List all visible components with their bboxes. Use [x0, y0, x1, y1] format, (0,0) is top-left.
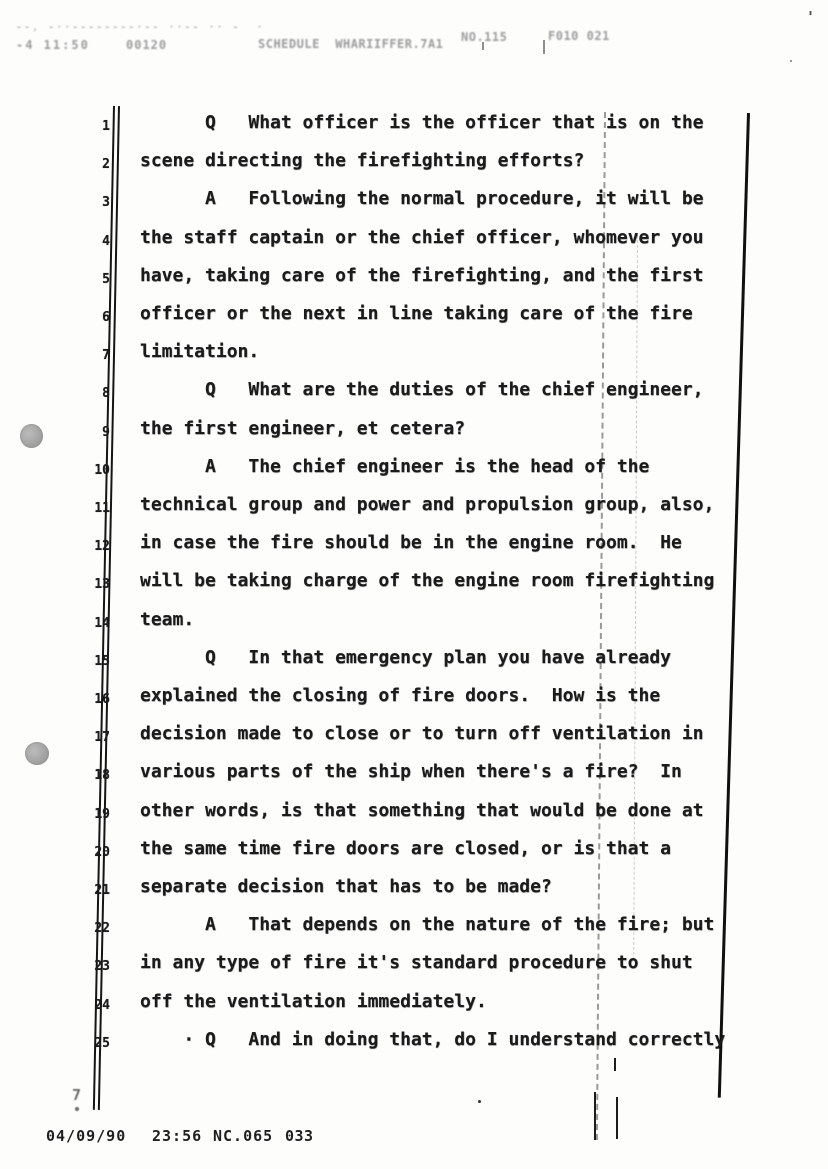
line-text: separate decision that has to be made? [140, 876, 552, 897]
transcript-lines: 1 Q What officer is the officer that is … [0, 0, 828, 1169]
line-text: various parts of the ship when there's a… [140, 761, 682, 782]
transcript-line: 12in case the fire should be in the engi… [0, 532, 828, 556]
transcript-line: 6officer or the next in line taking care… [0, 303, 828, 327]
transcript-line: 4the staff captain or the chief officer,… [0, 227, 828, 251]
transcript-line: 22 A That depends on the nature of the f… [0, 914, 828, 938]
transcript-line: 7limitation. [0, 341, 828, 365]
transcript-line: 23in any type of fire it's standard proc… [0, 952, 828, 976]
scanned-transcript-page: --, -··--------·-- ··-- ·· - · -4 11:50 … [0, 0, 828, 1169]
transcript-line: 13will be taking charge of the engine ro… [0, 570, 828, 594]
line-number: 4 [84, 234, 110, 249]
line-number: 7 [84, 348, 110, 363]
line-text: limitation. [140, 341, 259, 362]
line-number: 5 [84, 272, 110, 287]
line-text: scene directing the firefighting efforts… [140, 150, 584, 171]
transcript-line: 21separate decision that has to be made? [0, 876, 828, 900]
line-number: 6 [84, 310, 110, 325]
line-number: 14 [84, 616, 110, 631]
line-text: the same time fire doors are closed, or … [140, 838, 671, 859]
line-number: 1 [84, 119, 110, 134]
line-number: 20 [84, 845, 110, 860]
transcript-line: 18various parts of the ship when there's… [0, 761, 828, 785]
line-number: 24 [84, 998, 110, 1013]
line-number: 25 [84, 1036, 110, 1051]
line-number: 15 [84, 654, 110, 669]
transcript-line: 24off the ventilation immediately. [0, 991, 828, 1015]
line-text: the first engineer, et cetera? [140, 418, 465, 439]
line-number: 2 [84, 157, 110, 172]
line-text: have, taking care of the firefighting, a… [140, 265, 704, 286]
line-number: 11 [84, 501, 110, 516]
line-number: 8 [84, 386, 110, 401]
line-text: A Following the normal procedure, it wil… [140, 188, 704, 209]
line-text: Q What are the duties of the chief engin… [140, 379, 704, 400]
transcript-line: 3 A Following the normal procedure, it w… [0, 188, 828, 212]
line-number: 22 [84, 921, 110, 936]
fax-footer-page-number: 033 [285, 1127, 314, 1145]
line-text: decision made to close or to turn off ve… [140, 723, 704, 744]
transcript-line: 17decision made to close or to turn off … [0, 723, 828, 747]
line-text: A That depends on the nature of the fire… [140, 914, 714, 935]
line-number: 9 [84, 425, 110, 440]
line-text: · Q And in doing that, do I understand c… [140, 1029, 725, 1050]
line-text: will be taking charge of the engine room… [140, 570, 714, 591]
transcript-line: 10 A The chief engineer is the head of t… [0, 456, 828, 480]
footer-margin-dot [75, 1107, 79, 1111]
transcript-line: 25 · Q And in doing that, do I understan… [0, 1029, 828, 1053]
transcript-line: 9the first engineer, et cetera? [0, 418, 828, 442]
line-text: in case the fire should be in the engine… [140, 532, 682, 553]
line-number: 12 [84, 539, 110, 554]
line-text: off the ventilation immediately. [140, 991, 487, 1012]
line-text: A The chief engineer is the head of the [140, 456, 649, 477]
transcript-line: 2scene directing the firefighting effort… [0, 150, 828, 174]
line-text: team. [140, 609, 194, 630]
fax-footer-code: NC.065 [213, 1127, 273, 1145]
transcript-line: 8 Q What are the duties of the chief eng… [0, 379, 828, 403]
line-number: 18 [84, 768, 110, 783]
line-number: 19 [84, 807, 110, 822]
line-number: 3 [84, 195, 110, 210]
line-text: the staff captain or the chief officer, … [140, 227, 704, 248]
line-number: 13 [84, 577, 110, 592]
transcript-line: 16explained the closing of fire doors. H… [0, 685, 828, 709]
transcript-line: 15 Q In that emergency plan you have alr… [0, 647, 828, 671]
line-text: Q In that emergency plan you have alread… [140, 647, 671, 668]
transcript-line: 19other words, is that something that wo… [0, 800, 828, 824]
line-number: 17 [84, 730, 110, 745]
transcript-line: 11technical group and power and propulsi… [0, 494, 828, 518]
line-text: other words, is that something that woul… [140, 800, 704, 821]
line-number: 10 [84, 463, 110, 478]
transcript-line: 20the same time fire doors are closed, o… [0, 838, 828, 862]
line-text: Q What officer is the officer that is on… [140, 112, 704, 133]
footer-margin-mark: 7 [72, 1086, 81, 1104]
fax-footer-date: 04/09/90 [46, 1127, 126, 1145]
line-text: officer or the next in line taking care … [140, 303, 693, 324]
fax-footer-time: 23:56 [152, 1127, 202, 1145]
line-text: in any type of fire it's standard proced… [140, 952, 693, 973]
line-number: 21 [84, 883, 110, 898]
line-number: 16 [84, 692, 110, 707]
line-text: technical group and power and propulsion… [140, 494, 714, 515]
line-text: explained the closing of fire doors. How… [140, 685, 660, 706]
transcript-line: 1 Q What officer is the officer that is … [0, 112, 828, 136]
transcript-line: 14team. [0, 609, 828, 633]
transcript-line: 5have, taking care of the firefighting, … [0, 265, 828, 289]
line-number: 23 [84, 959, 110, 974]
